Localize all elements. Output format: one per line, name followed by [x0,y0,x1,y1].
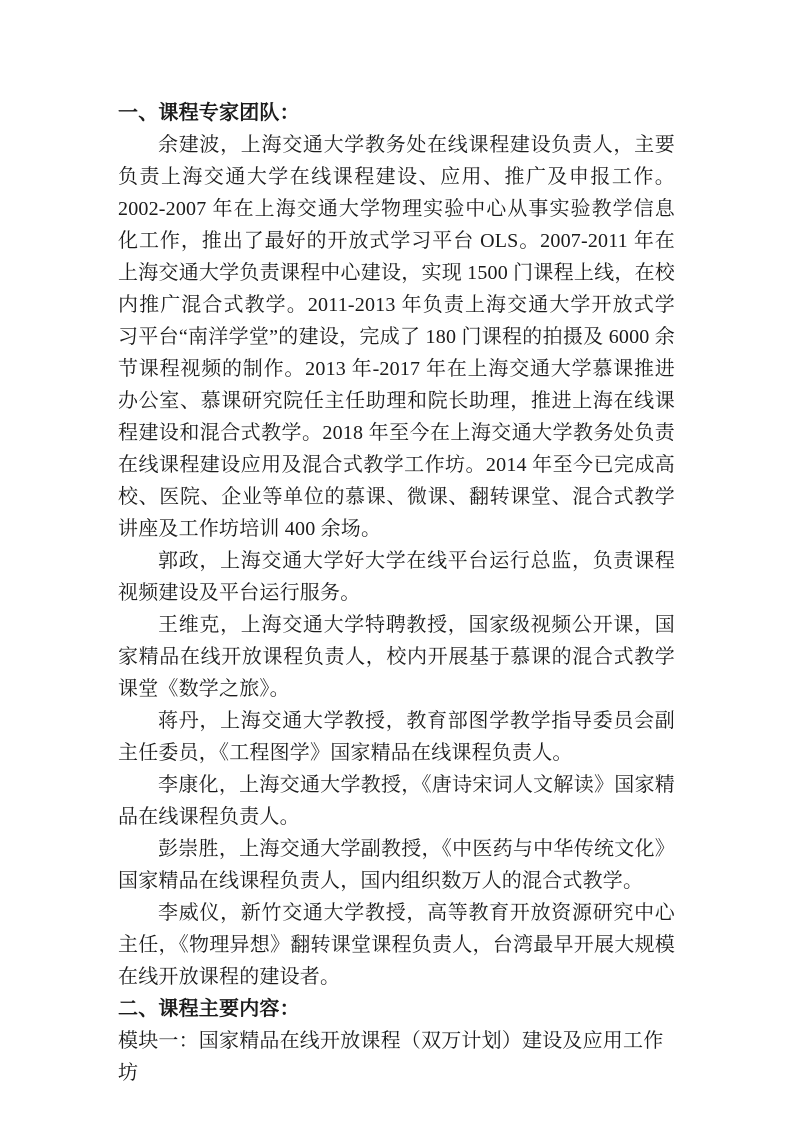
document-page: 一、课程专家团队： 余建波，上海交通大学教务处在线课程建设负责人，主要负责上海交… [0,0,793,1122]
para-li-weiyi: 李威仪，新竹交通大学教授，高等教育开放资源研究中心主任，《物理异想》翻转课堂课程… [118,897,675,993]
para-wang-weike: 王维克，上海交通大学特聘教授，国家级视频公开课，国家精品在线开放课程负责人，校内… [118,609,675,705]
para-jiang-dan: 蒋丹，上海交通大学教授，教育部图学教学指导委员会副主任委员，《工程图学》国家精品… [118,705,675,769]
para-guo-zheng: 郭政，上海交通大学好大学在线平台运行总监，负责课程视频建设及平台运行服务。 [118,545,675,609]
heading-course-main-content: 二、课程主要内容： [118,993,675,1025]
para-yu-jianbo: 余建波，上海交通大学教务处在线课程建设负责人，主要负责上海交通大学在线课程建设、… [118,129,675,545]
document-content: 一、课程专家团队： 余建波，上海交通大学教务处在线课程建设负责人，主要负责上海交… [118,97,675,1089]
heading-course-expert-team: 一、课程专家团队： [118,97,675,129]
module-one-line: 模块一：国家精品在线开放课程（双万计划）建设及应用工作坊 [118,1025,675,1089]
para-peng-chongsheng: 彭崇胜，上海交通大学副教授，《中医药与中华传统文化》国家精品在线课程负责人，国内… [118,833,675,897]
para-li-kanghua: 李康化，上海交通大学教授，《唐诗宋词人文解读》国家精品在线课程负责人。 [118,769,675,833]
